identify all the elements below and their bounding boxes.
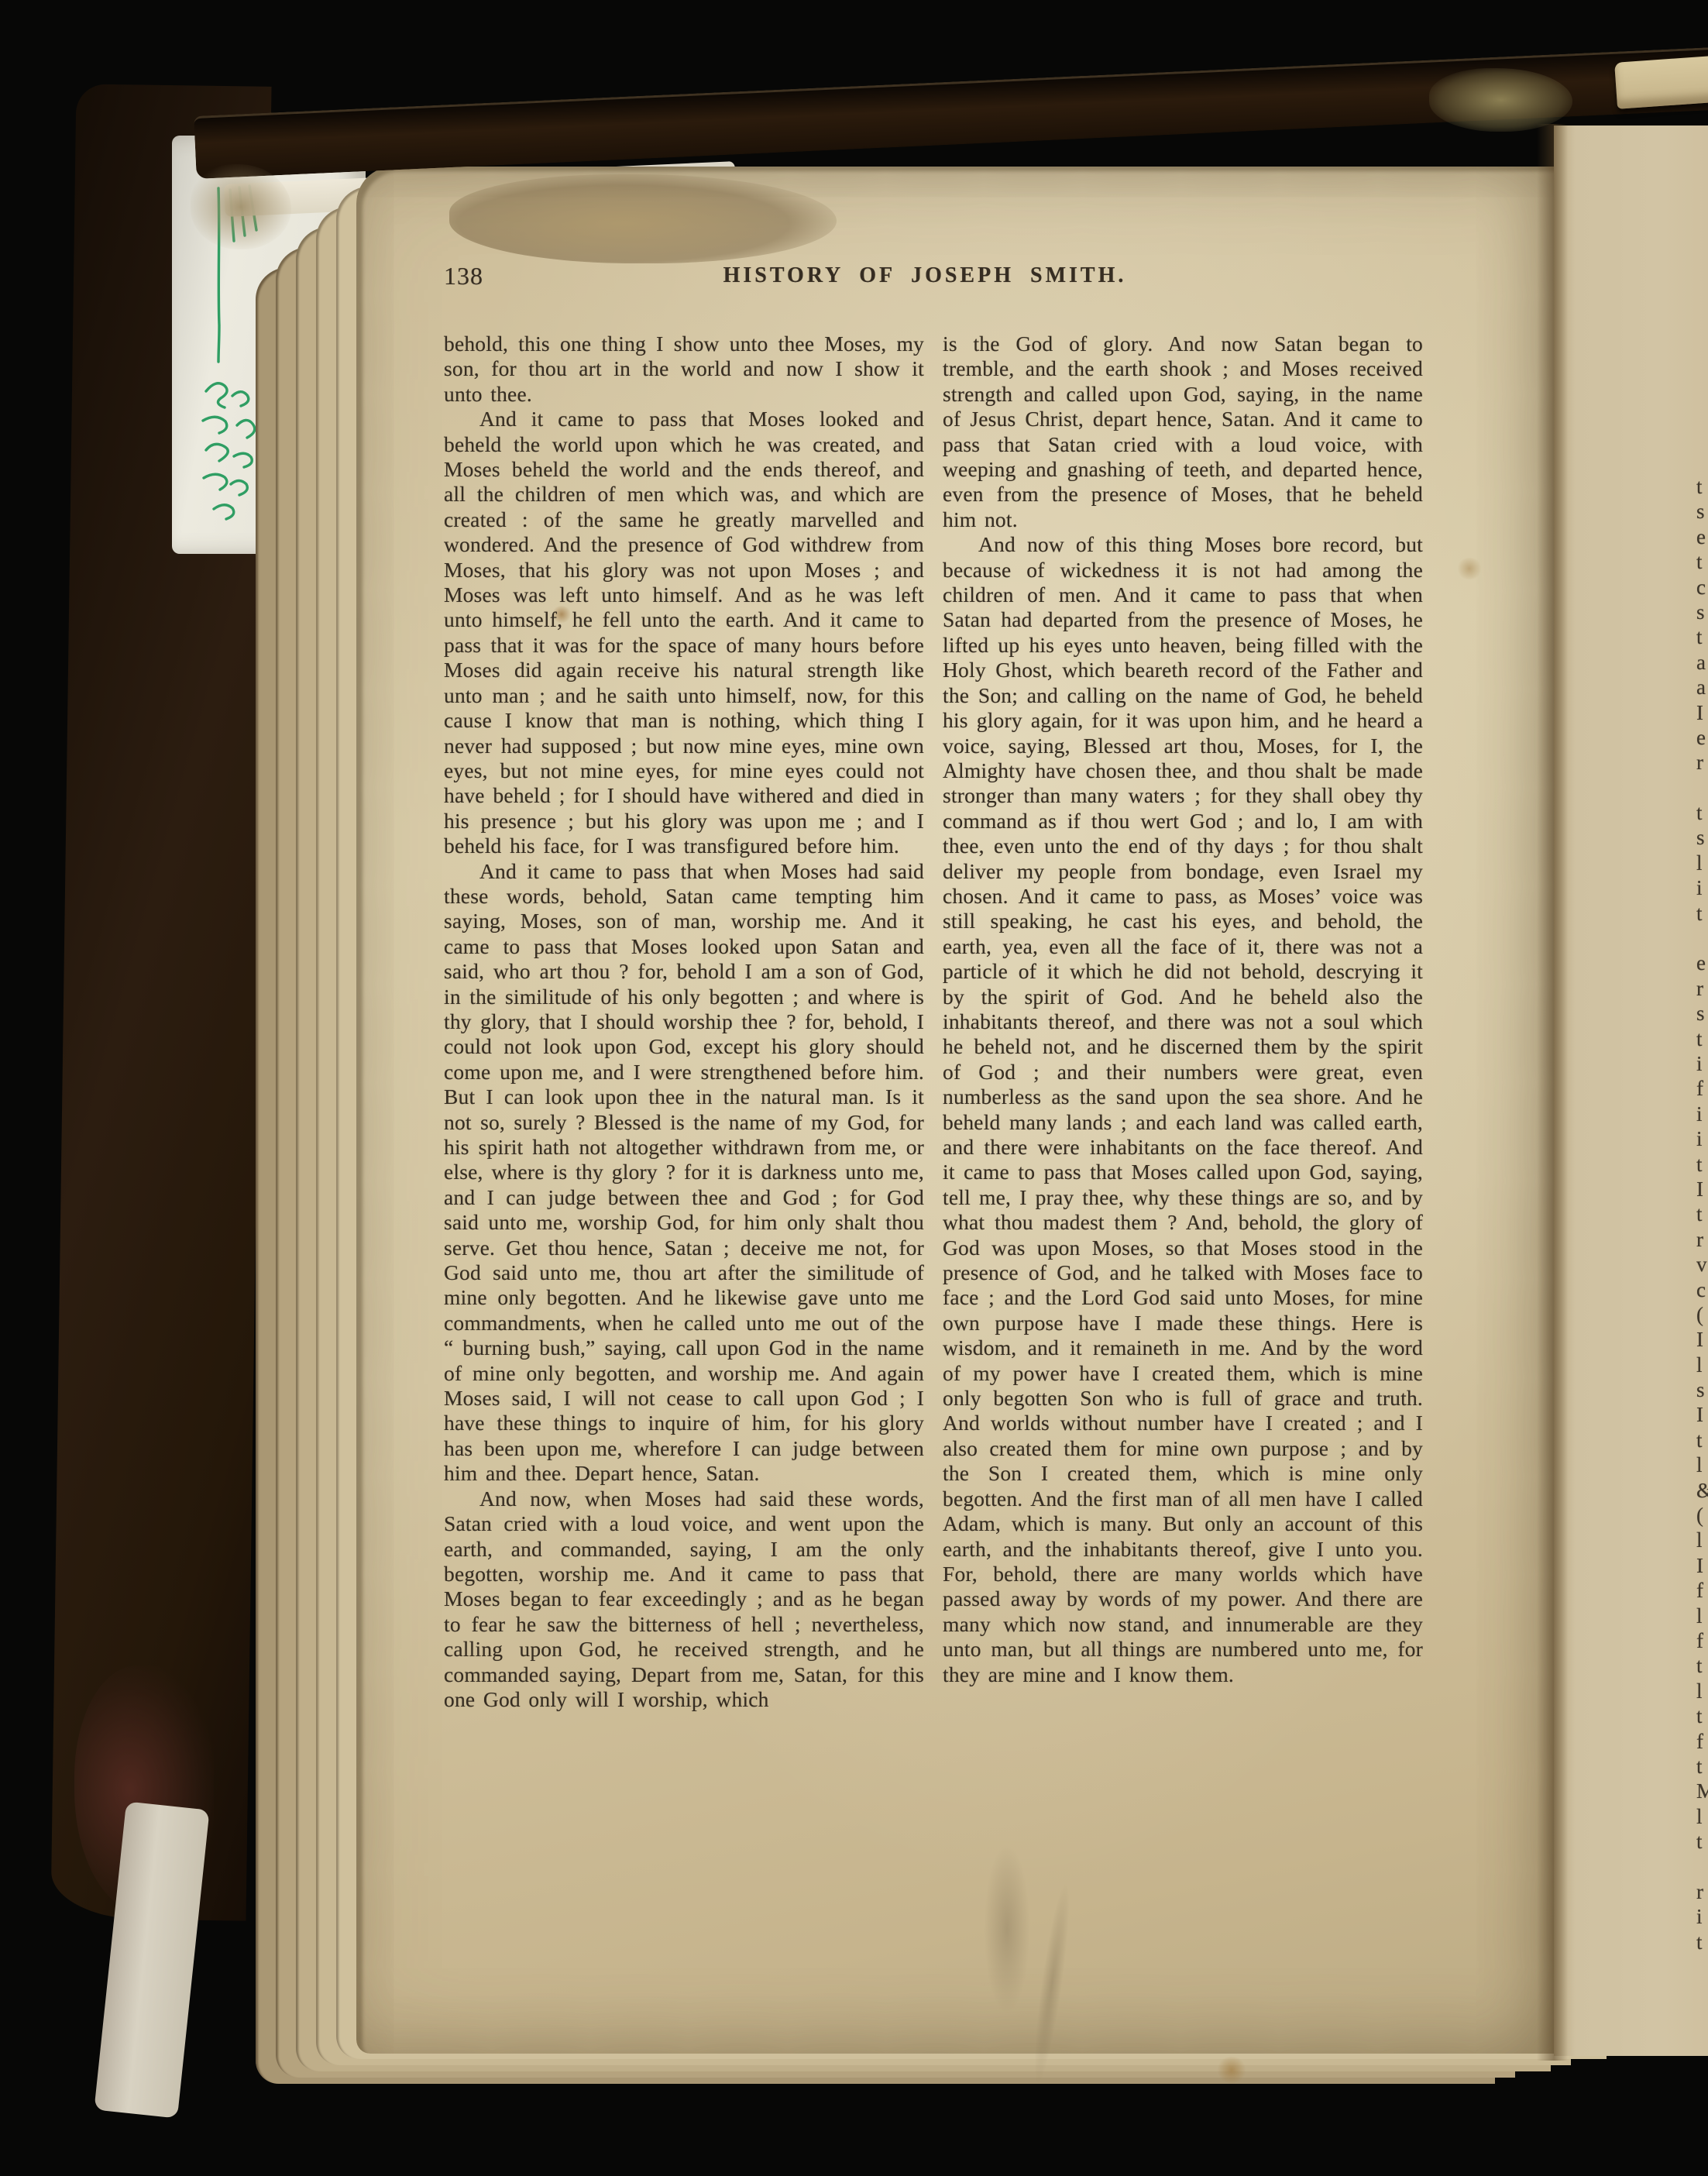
- cutoff-letter: t: [1696, 901, 1708, 926]
- cutoff-letter: t: [1696, 474, 1708, 499]
- cutoff-letter: I: [1696, 1553, 1708, 1578]
- worn-spine-patch: [449, 174, 837, 263]
- cutoff-letter: i: [1696, 1126, 1708, 1151]
- cutoff-letter: e: [1696, 725, 1708, 750]
- cutoff-letter: I: [1696, 1402, 1708, 1427]
- cutoff-letter: t: [1696, 1829, 1708, 1854]
- cutoff-letter: i: [1696, 1102, 1708, 1126]
- cutoff-letter: &: [1696, 1478, 1708, 1503]
- paragraph: is the God of glory. And now Satan began…: [943, 332, 1423, 532]
- paragraph: And now, when Moses had said these words…: [444, 1487, 924, 1713]
- cutoff-letter: t: [1696, 549, 1708, 574]
- cutoff-letter: f: [1696, 1628, 1708, 1653]
- cutoff-letter: s: [1696, 600, 1708, 624]
- cutoff-letter: e: [1696, 524, 1708, 549]
- cutoff-letter: s: [1696, 825, 1708, 850]
- cutoff-letter: t: [1696, 1754, 1708, 1779]
- cutoff-letter: s: [1696, 499, 1708, 524]
- paragraph: And it came to pass that Moses looked an…: [444, 407, 924, 858]
- cutoff-letter: t: [1696, 1201, 1708, 1226]
- cutoff-letter: c: [1696, 575, 1708, 600]
- running-header: HISTORY OF JOSEPH SMITH.: [444, 263, 1406, 288]
- cutoff-letter: a: [1696, 675, 1708, 700]
- next-page-edge: tsetcstaaIertsliterstifiitItrvc(IlsItl&(…: [1554, 125, 1708, 2056]
- cutoff-letter: l: [1696, 1604, 1708, 1628]
- worn-spine-patch: [191, 164, 291, 249]
- cutoff-letter: l: [1696, 1679, 1708, 1703]
- paragraph: And now of this thing Moses bore record,…: [943, 532, 1423, 1687]
- page-gutter-crease: [1537, 124, 1568, 2061]
- worn-spine-patch: [1429, 68, 1572, 132]
- cutoff-letter: f: [1696, 1076, 1708, 1101]
- cutoff-letter: [1696, 926, 1708, 950]
- cutoff-letter: f: [1696, 1578, 1708, 1603]
- cutoff-letter: t: [1696, 1930, 1708, 1954]
- cutoff-letter: i: [1696, 1904, 1708, 1929]
- page-header-row: 138 HISTORY OF JOSEPH SMITH.: [444, 262, 1437, 296]
- cutoff-letter: a: [1696, 650, 1708, 675]
- page-body: behold, this one thing I show unto thee …: [444, 332, 1438, 1951]
- page-stain: [1456, 558, 1483, 579]
- cutoff-letter: t: [1696, 1653, 1708, 1678]
- text-column-right: is the God of glory. And now Satan began…: [943, 332, 1423, 1687]
- cutoff-letter: l: [1696, 851, 1708, 875]
- cutoff-letter: v: [1696, 1252, 1708, 1277]
- cutoff-letter: i: [1696, 875, 1708, 900]
- cutoff-letter: [1696, 1854, 1708, 1879]
- cutoff-letter: [1696, 775, 1708, 800]
- page-stain: [1216, 2057, 1247, 2083]
- cutoff-text-fragments: tsetcstaaIertsliterstifiitItrvc(IlsItl&(…: [1696, 474, 1708, 1954]
- cutoff-letter: t: [1696, 1026, 1708, 1051]
- cutoff-letter: t: [1696, 1703, 1708, 1728]
- cutoff-letter: t: [1696, 800, 1708, 825]
- cutoff-letter: (: [1696, 1302, 1708, 1327]
- paragraph: behold, this one thing I show unto thee …: [444, 332, 924, 407]
- cutoff-letter: s: [1696, 1001, 1708, 1026]
- cutoff-letter: r: [1696, 976, 1708, 1001]
- cutoff-letter: l: [1696, 1804, 1708, 1829]
- cutoff-letter: (: [1696, 1503, 1708, 1528]
- cutoff-letter: r: [1696, 1879, 1708, 1904]
- cutoff-letter: t: [1696, 1428, 1708, 1452]
- cutoff-letter: i: [1696, 1051, 1708, 1076]
- cutoff-letter: I: [1696, 700, 1708, 725]
- cutoff-letter: e: [1696, 950, 1708, 975]
- folded-page-corner: [1614, 55, 1708, 109]
- cutoff-letter: l: [1696, 1353, 1708, 1377]
- cutoff-letter: I: [1696, 1327, 1708, 1352]
- text-column-left: behold, this one thing I show unto thee …: [444, 332, 924, 1712]
- scan-background: { "photo": { "colors": { "background": "…: [0, 0, 1708, 2176]
- cutoff-letter: c: [1696, 1277, 1708, 1302]
- cutoff-letter: M: [1696, 1779, 1708, 1803]
- paragraph: And it came to pass that when Moses had …: [444, 859, 924, 1487]
- cutoff-letter: s: [1696, 1377, 1708, 1402]
- cutoff-letter: l: [1696, 1528, 1708, 1552]
- cutoff-letter: r: [1696, 750, 1708, 775]
- cutoff-letter: t: [1696, 624, 1708, 649]
- cutoff-letter: f: [1696, 1729, 1708, 1754]
- cutoff-letter: r: [1696, 1227, 1708, 1252]
- cutoff-letter: I: [1696, 1177, 1708, 1201]
- cutoff-letter: l: [1696, 1452, 1708, 1477]
- cutoff-letter: t: [1696, 1152, 1708, 1177]
